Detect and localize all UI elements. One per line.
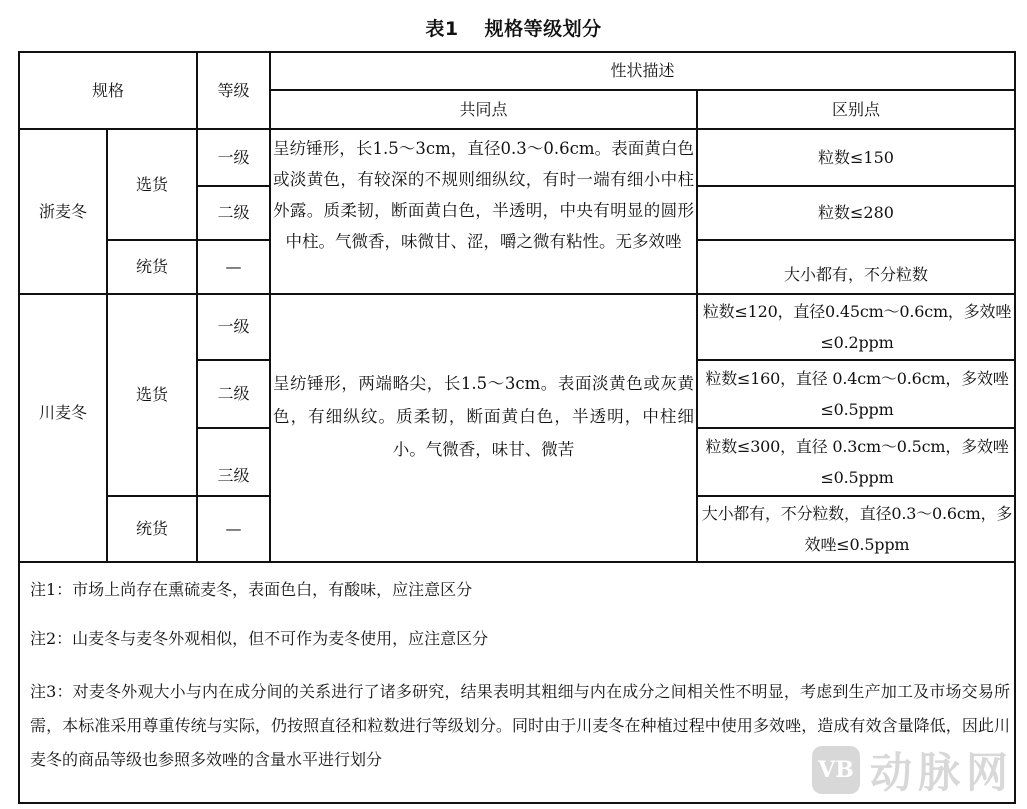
header-common: 共同点 xyxy=(271,91,696,128)
note-2: 注2：山麦冬与麦冬外观相似，但不可作为麦冬使用，应注意区分 xyxy=(30,627,1010,651)
watermark-text: 动脉网 xyxy=(870,740,1014,800)
common-description: 呈纺锤形，两端略尖，长1.5～3cm。表面淡黄色或灰黄色，有细纵纹。质柔韧，断面… xyxy=(271,367,696,467)
header-difference: 区别点 xyxy=(698,91,1014,128)
header-description: 性状描述 xyxy=(271,53,1014,89)
difference-cell: 粒数≤150 xyxy=(698,130,1014,185)
spec-cell: 选货 xyxy=(108,130,196,239)
grade-cell: 一级 xyxy=(198,295,269,359)
difference-cell: 粒数≤160，直径 0.4cm～0.6cm，多效唑≤0.5ppm xyxy=(698,361,1016,427)
difference-cell: 大小都有，不分粒数，直径0.3～0.6cm，多效唑≤0.5ppm xyxy=(698,497,1016,561)
header-spec: 规格 xyxy=(20,53,196,128)
grade-cell: — xyxy=(198,241,269,293)
grade-cell: 二级 xyxy=(198,187,269,239)
watermark-logo-icon: VB xyxy=(812,746,860,794)
table-title: 表1规格等级划分 xyxy=(0,14,1027,41)
grade-cell: 一级 xyxy=(198,130,269,185)
note-1: 注1：市场上尚存在熏硫麦冬，表面色白，有酸味，应注意区分 xyxy=(30,578,1010,602)
watermark: VB 动脉网 xyxy=(812,742,1014,798)
header-grade: 等级 xyxy=(198,53,269,128)
spec-cell: 统货 xyxy=(108,497,196,561)
grade-cell: 二级 xyxy=(198,361,269,427)
border-bottom xyxy=(18,802,1016,804)
difference-cell: 粒数≤280 xyxy=(698,187,1014,239)
table-number: 表1 xyxy=(425,18,458,40)
difference-cell: 粒数≤120，直径0.45cm～0.6cm，多效唑≤0.2ppm xyxy=(698,295,1016,359)
difference-cell: 粒数≤300，直径 0.3cm～0.5cm，多效唑≤0.5ppm xyxy=(698,429,1016,495)
common-description: 呈纺锤形，长1.5～3cm，直径0.3～0.6cm。表面黄白色或淡黄色，有较深的… xyxy=(271,133,696,293)
divider xyxy=(18,561,1016,563)
spec-cell: 选货 xyxy=(108,295,196,495)
difference-cell: 大小都有，不分粒数 xyxy=(698,241,1014,301)
variety-zhe: 浙麦冬 xyxy=(20,130,106,293)
grade-cell: — xyxy=(198,497,269,561)
variety-chuan: 川麦冬 xyxy=(20,295,106,531)
table-title-text: 规格等级划分 xyxy=(485,18,602,40)
spec-cell: 统货 xyxy=(108,241,196,293)
